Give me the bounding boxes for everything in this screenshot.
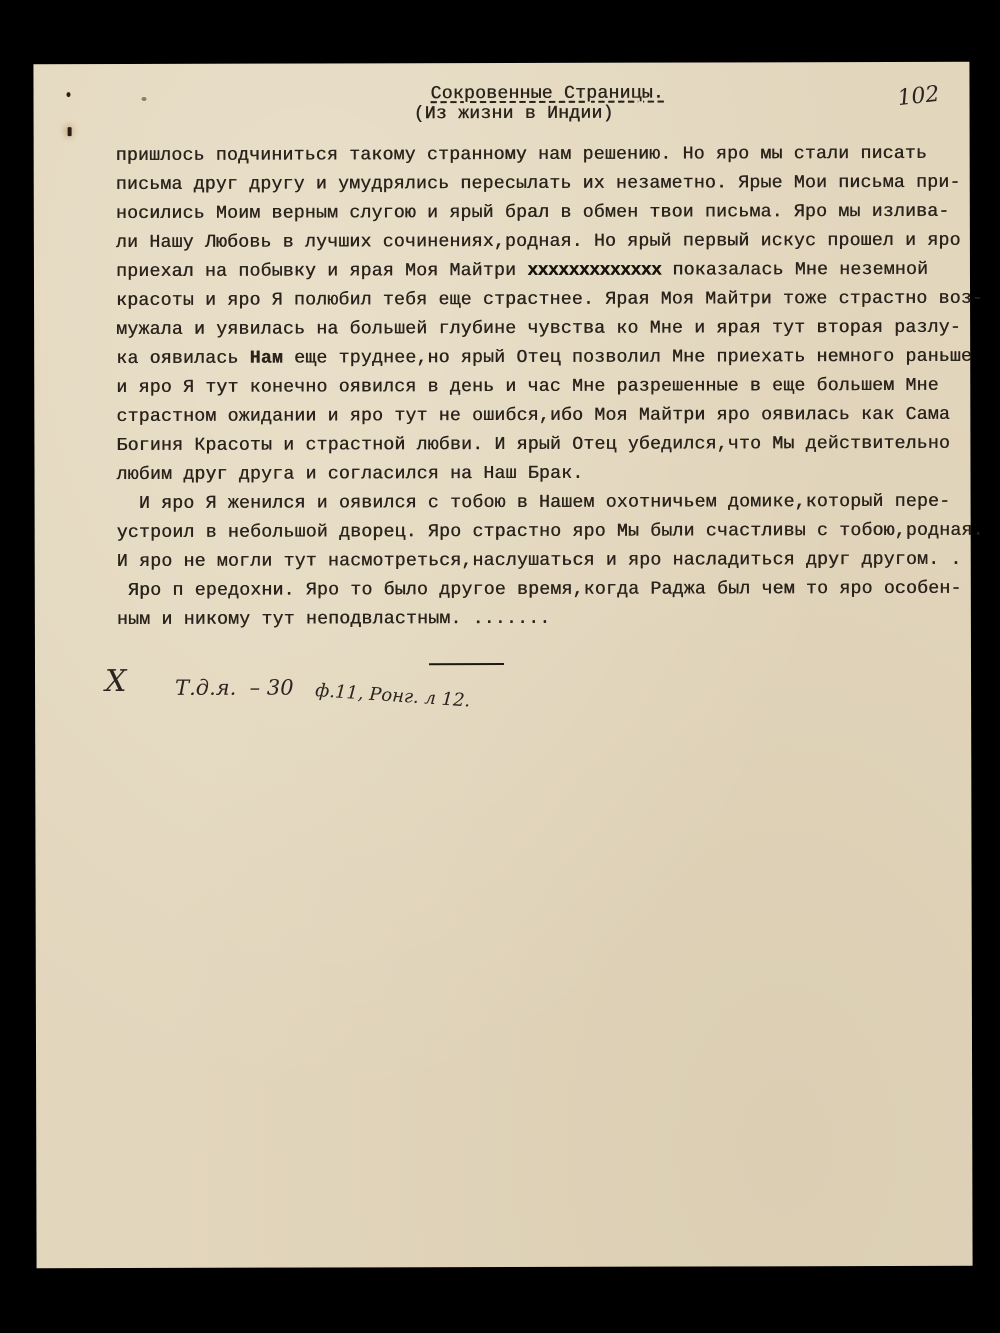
document-page: 102 Сокровенные Страницы. (Из жизни в Ин… bbox=[33, 62, 972, 1268]
body-line: ным и никому тут неподвластным. ....... bbox=[117, 609, 551, 630]
body-line-text: ка оявилась bbox=[116, 349, 238, 369]
document-title: Сокровенные Страницы. bbox=[430, 84, 663, 105]
body-line-text: показалась Мне неземной bbox=[661, 260, 928, 281]
ink-speck bbox=[142, 97, 147, 101]
body-line: ка оявилась Нам еще труднее,но ярый Отец… bbox=[116, 347, 972, 369]
body-line: пришлось подчиниться такому странному на… bbox=[116, 144, 927, 166]
body-line: устроил в небольшой дворец. Яро страстно… bbox=[117, 521, 984, 543]
body-line: любим друг друга и согласился на Наш Бра… bbox=[116, 464, 583, 485]
body-line-text: приехал на побывку и ярая Моя Майтри bbox=[116, 261, 516, 282]
document-subtitle: (Из жизни в Индии) bbox=[414, 104, 614, 125]
body-line: И яро не могли тут насмотреться,наслушат… bbox=[117, 550, 962, 572]
body-line: приехал на побывку и ярая Моя Майтри xxx… bbox=[116, 260, 928, 282]
punch-hole-mark bbox=[66, 92, 70, 97]
handwritten-archive-reference: ф.11, Ронг. л 12. bbox=[315, 680, 471, 711]
bold-word: Нам bbox=[250, 349, 283, 369]
body-line: красоты и яро Я полюбил тебя еще страстн… bbox=[116, 289, 983, 311]
body-line: письма друг другу и умудрялись пересылат… bbox=[116, 173, 961, 195]
body-line: Яро п ередохни. Яро то было другое время… bbox=[117, 579, 962, 601]
body-line: мужала и уявилась на большей глубине чув… bbox=[116, 318, 961, 340]
body-line: и яро Я тут конечно оявился в день и час… bbox=[116, 376, 939, 398]
struck-out-word: xxxxxxxxxxxxx bbox=[527, 261, 661, 281]
body-line: Богиня Красоты и страстной любви. И ярый… bbox=[116, 434, 950, 456]
staple-mark bbox=[68, 127, 72, 136]
body-line: страстном ожидании и яро тут не ошибся,и… bbox=[116, 405, 950, 427]
body-line: И яро Я женился и оявился с тобою в Наше… bbox=[117, 492, 951, 514]
body-line-text: еще труднее,но ярый Отец позволил Мне пр… bbox=[283, 347, 972, 369]
handwritten-x-mark: X bbox=[105, 664, 126, 699]
end-rule bbox=[429, 663, 504, 665]
body-line: ли Нашу Любовь в лучших сочинениях,родна… bbox=[116, 231, 961, 253]
handwritten-page-number: 102 bbox=[896, 82, 940, 111]
handwritten-note: Т.д.я. – 30 bbox=[175, 676, 294, 700]
body-line: носились Моим верным слугою и ярый брал … bbox=[116, 202, 950, 224]
